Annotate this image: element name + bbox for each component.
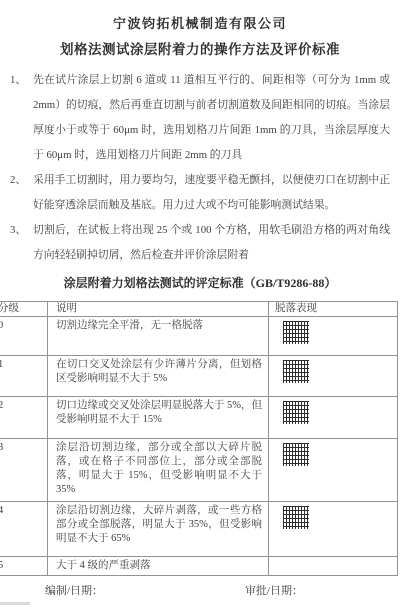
prepared-by-label: 编制/日期： (45, 582, 103, 598)
grade-cell: 2 (0, 397, 48, 439)
rating-table: 分级 说明 脱落表现 0 切割边缘完全平滑，无一格脱落 1 在切口交叉处涂层有少… (0, 301, 398, 576)
item-number: 1、 (10, 68, 26, 93)
table-row: 1 在切口交叉处涂层有少许薄片分离，但划格区受影响明显不大于 5% (0, 356, 398, 397)
table-row: 2 切口边缘或交叉处涂层明显脱落大于 5%，但受影响明显不大于 15% (0, 397, 398, 439)
dropout-cell (269, 439, 398, 502)
description-cell: 涂层沿切割边缘，部分或全部以大碎片脱落，或在格子不同部位上，部分或全部脱落，明显… (48, 439, 269, 502)
grade-cell: 1 (0, 356, 48, 397)
crosshatch-grid-icon (283, 360, 309, 383)
procedure-item: 2、采用手工切割时，用力要均匀，速度要平稳无颤抖，以便使刃口在切割中正好能穿透涂… (0, 168, 400, 218)
item-text: 先在试片涂层上切割 6 道或 11 道相互平行的、间距相等（可分为 1mm 或 … (33, 74, 390, 161)
grade-cell: 0 (0, 317, 48, 356)
procedure-item: 3、切割后，在试板上将出现 25 个或 100 个方格，用软毛刷沿方格的两对角线… (0, 218, 400, 268)
grade-cell: 5 (0, 557, 48, 576)
column-header-dropout: 脱落表现 (269, 302, 398, 317)
signature-row: 编制/日期： 审批/日期： (0, 582, 400, 598)
document-title: 划格法测试涂层附着力的操作方法及评价标准 (0, 41, 400, 58)
document-page: 宁波钧拓机械制造有限公司 划格法测试涂层附着力的操作方法及评价标准 1、先在试片… (0, 0, 400, 608)
table-row: 0 切割边缘完全平滑，无一格脱落 (0, 317, 398, 356)
item-number: 3、 (10, 218, 26, 243)
table-row: 4 涂层沿切割边缘，大碎片剥落，或一些方格部分或全部脱落，明显大于 35%，但受… (0, 502, 398, 557)
column-header-description: 说明 (48, 302, 269, 317)
description-cell: 大于 4 级的严重剥落 (48, 557, 269, 576)
dropout-cell (269, 397, 398, 439)
dropout-cell (269, 502, 398, 557)
crosshatch-grid-icon (283, 443, 309, 466)
dropout-cell (269, 317, 398, 356)
procedure-item: 1、先在试片涂层上切割 6 道或 11 道相互平行的、间距相等（可分为 1mm … (0, 68, 400, 168)
crosshatch-grid-icon (283, 401, 309, 424)
item-text: 切割后，在试板上将出现 25 个或 100 个方格，用软毛刷沿方格的两对角线方向… (33, 224, 390, 261)
dropout-cell (269, 557, 398, 576)
company-title: 宁波钧拓机械制造有限公司 (0, 15, 400, 32)
rating-table-body: 0 切割边缘完全平滑，无一格脱落 1 在切口交叉处涂层有少许薄片分离，但划格区受… (0, 317, 398, 576)
grade-cell: 4 (0, 502, 48, 557)
approved-by-label: 审批/日期： (245, 582, 303, 598)
crosshatch-grid-icon (283, 506, 309, 529)
crosshatch-grid-icon (283, 321, 309, 344)
procedure-list: 1、先在试片涂层上切割 6 道或 11 道相互平行的、间距相等（可分为 1mm … (0, 68, 400, 268)
item-text: 采用手工切割时，用力要均匀，速度要平稳无颤抖，以便使刃口在切割中正好能穿透涂层而… (33, 174, 390, 211)
table-row: 3 涂层沿切割边缘，部分或全部以大碎片脱落，或在格子不同部位上，部分或全部脱落，… (0, 439, 398, 502)
dropout-cell (269, 356, 398, 397)
scan-artifact (0, 602, 30, 605)
grade-cell: 3 (0, 439, 48, 502)
description-cell: 切割边缘完全平滑，无一格脱落 (48, 317, 269, 356)
table-header-row: 分级 说明 脱落表现 (0, 302, 398, 317)
description-cell: 切口边缘或交叉处涂层明显脱落大于 5%，但受影响明显不大于 15% (48, 397, 269, 439)
column-header-grade: 分级 (0, 302, 48, 317)
table-row: 5 大于 4 级的严重剥落 (0, 557, 398, 576)
description-cell: 涂层沿切割边缘，大碎片剥落，或一些方格部分或全部脱落，明显大于 35%，但受影响… (48, 502, 269, 557)
description-cell: 在切口交叉处涂层有少许薄片分离，但划格区受影响明显不大于 5% (48, 356, 269, 397)
item-number: 2、 (10, 168, 26, 193)
table-title: 涂层附着力划格法测试的评定标准（GB/T9286-88） (0, 276, 400, 291)
